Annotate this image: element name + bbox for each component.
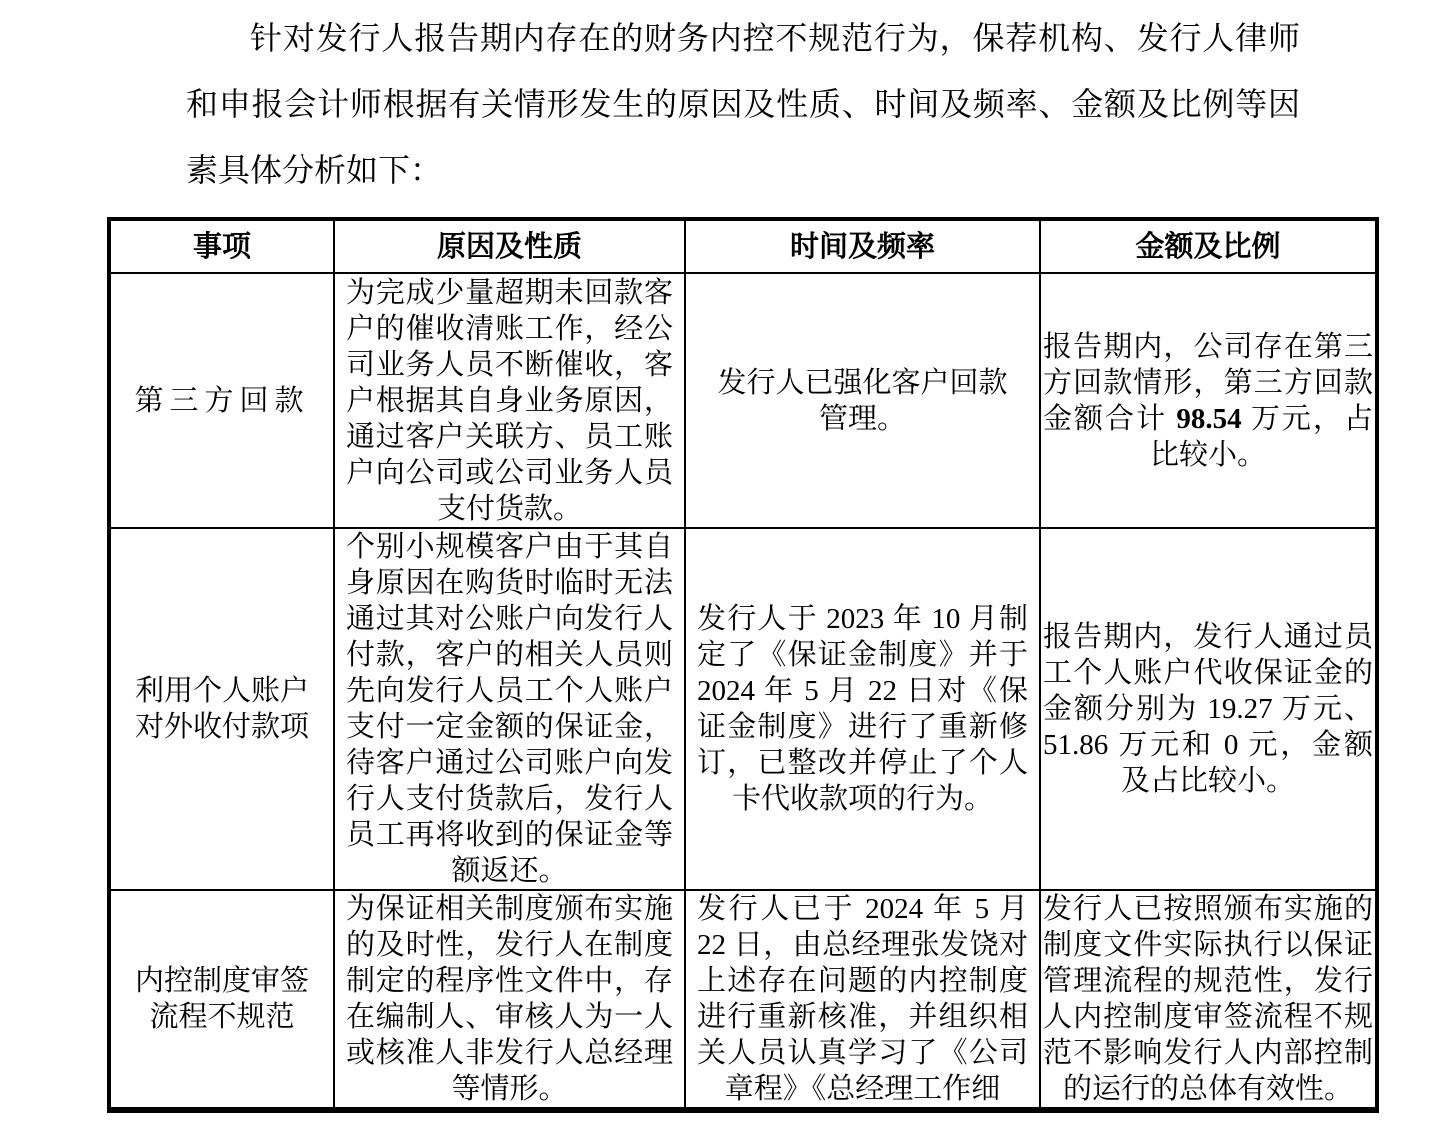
internal-control-analysis-table: 事项 原因及性质 时间及频率 金额及比例 第三方回款 为完成少量超期未回款客户的… xyxy=(107,217,1379,1113)
cell-item: 利用个人账户对外收付款项 xyxy=(109,528,334,890)
cell-cause: 个别小规模客户由于其自身原因在购货时临时无法通过其对公账户向发行人付款，客户的相… xyxy=(334,528,685,890)
header-time-frequency: 时间及频率 xyxy=(685,219,1040,273)
amount-bold-value: 98.54 xyxy=(1176,403,1241,435)
cell-amount: 报告期内，发行人通过员工个人账户代收保证金的金额分别为 19.27 万元、51.… xyxy=(1040,528,1377,890)
cell-cause: 为保证相关制度颁布实施的及时性，发行人在制度制定的程序性文件中，存在编制人、审核… xyxy=(334,890,685,1110)
cell-cause: 为完成少量超期未回款客户的催收清账工作，经公司业务人员不断催收，客户根据其自身业… xyxy=(334,273,685,528)
header-cause-nature: 原因及性质 xyxy=(334,219,685,273)
cell-item: 第三方回款 xyxy=(109,273,334,528)
table-header-row: 事项 原因及性质 时间及频率 金额及比例 xyxy=(109,219,1377,273)
document-page: { "intro": "针对发行人报告期内存在的财务内控不规范行为，保荐机构、发… xyxy=(0,0,1432,1144)
cell-time: 发行人已于 2024 年 5 月 22 日，由总经理张发饶对上述存在问题的内控制… xyxy=(685,890,1040,1110)
header-amount-ratio: 金额及比例 xyxy=(1040,219,1377,273)
intro-paragraph: 针对发行人报告期内存在的财务内控不规范行为，保荐机构、发行人律师和申报会计师根据… xyxy=(186,5,1300,203)
cell-time: 发行人于 2023 年 10 月制定了《保证金制度》并于 2024 年 5 月 … xyxy=(685,528,1040,890)
table-row: 第三方回款 为完成少量超期未回款客户的催收清账工作，经公司业务人员不断催收，客户… xyxy=(109,273,1377,528)
truncated-cell-text: 发行人已于 2024 年 5 月 22 日，由总经理张发饶对上述存在问题的内控制… xyxy=(697,891,1028,1107)
header-item: 事项 xyxy=(109,219,334,273)
amount-text: 发行人已按照颁布实施的制度文件实际执行以保证管理流程的规范性，发行人内控制度审签… xyxy=(1043,893,1373,1105)
cell-amount: 发行人已按照颁布实施的制度文件实际执行以保证管理流程的规范性，发行人内控制度审签… xyxy=(1040,890,1377,1110)
amount-text: 报告期内，发行人通过员工个人账户代收保证金的金额分别为 19.27 万元、51.… xyxy=(1043,621,1373,797)
cell-time: 发行人已强化客户回款 管理。 xyxy=(685,273,1040,528)
cell-amount: 报告期内，公司存在第三方回款情形，第三方回款金额合计 98.54 万元，占比较小… xyxy=(1040,273,1377,528)
table-row: 利用个人账户对外收付款项 个别小规模客户由于其自身原因在购货时临时无法通过其对公… xyxy=(109,528,1377,890)
table-row: 内控制度审签流程不规范 为保证相关制度颁布实施的及时性，发行人在制度制定的程序性… xyxy=(109,890,1377,1110)
cell-item: 内控制度审签流程不规范 xyxy=(109,890,334,1110)
